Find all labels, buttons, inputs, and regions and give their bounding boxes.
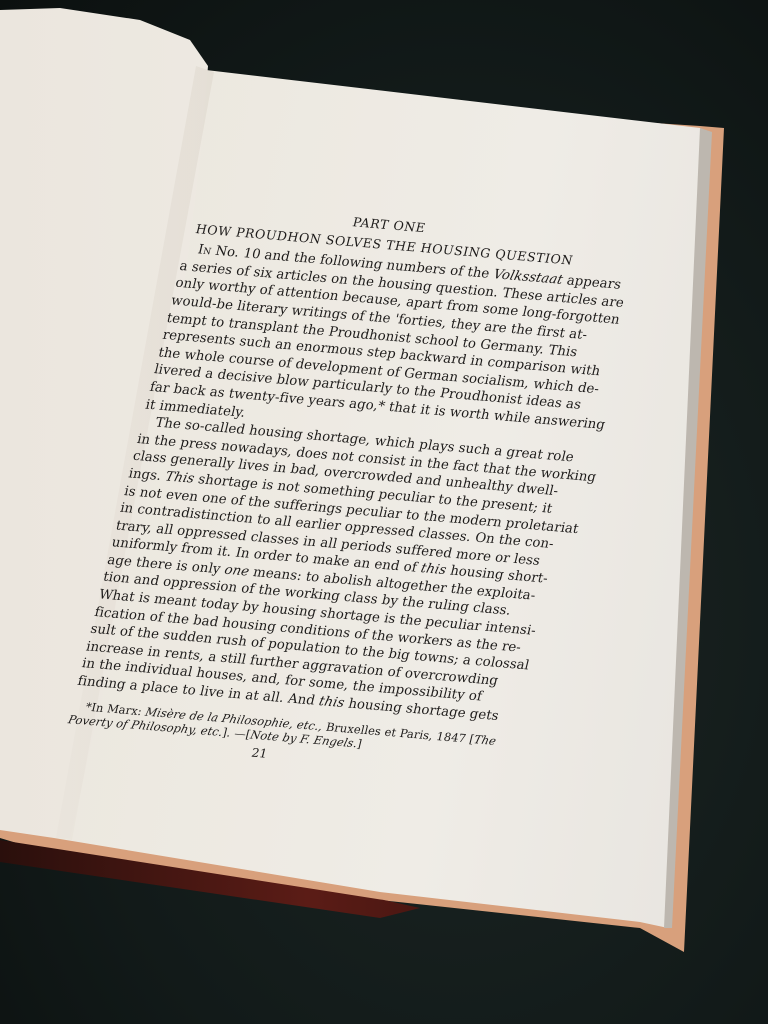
paragraph-2: The so-called housing shortage, which pl… (76, 413, 535, 723)
photo-scene: PART ONE HOW PROUDHON SOLVES THE HOUSING… (0, 0, 768, 1024)
paragraph-1: In No. 10 and the following numbers of t… (144, 240, 577, 446)
